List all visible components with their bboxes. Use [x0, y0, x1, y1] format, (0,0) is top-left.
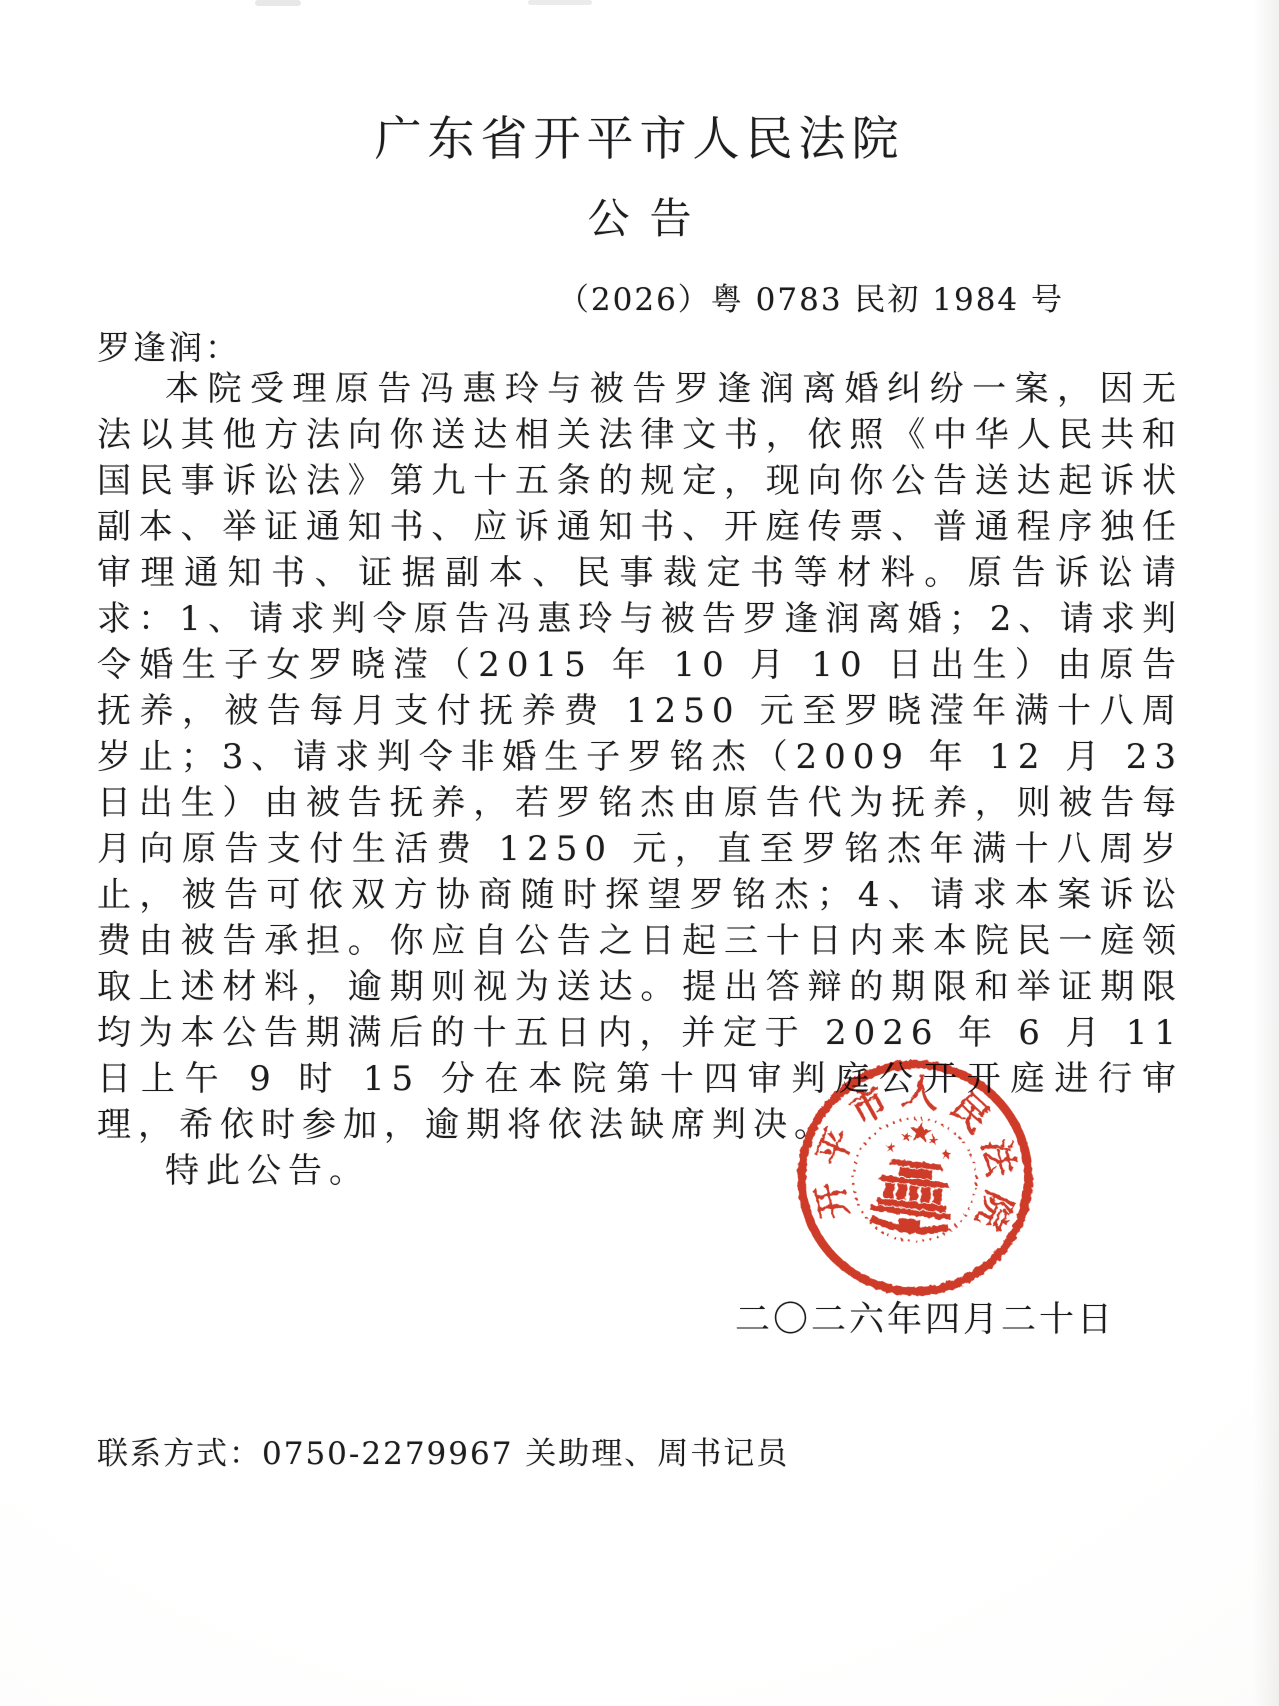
notice-document: 广东省开平市人民法院 公告 （2026）粤 0783 民初 1984 号 罗逢润… — [0, 0, 1279, 1706]
official-seal: 开平市人民法院 ★ ★ ★ ★ ★ — [777, 1032, 1053, 1324]
star-icon: ★ — [900, 1129, 914, 1145]
star-icon: ★ — [939, 1147, 953, 1163]
court-seal-graphic: 开平市人民法院 ★ ★ ★ ★ ★ — [777, 1032, 1053, 1324]
notice-body: 本院受理原告冯惠玲与被告罗逢润离婚纠纷一案，因无法以其他方法向你送达相关法律文书… — [97, 366, 1183, 1148]
seal-arc-text: 开平市人民法院 — [800, 1059, 1036, 1248]
case-number: （2026）粤 0783 民初 1984 号 — [0, 274, 1279, 319]
scan-artifact — [528, 0, 592, 5]
document-type: 公告 — [0, 186, 1279, 246]
scan-artifact — [255, 0, 301, 6]
recipient-name: 罗逢润： — [97, 322, 241, 369]
tiananmen-silhouette — [870, 1157, 957, 1220]
star-icon: ★ — [884, 1140, 898, 1156]
contact-info: 联系方式：0750-2279967 关助理、周书记员 — [97, 1428, 789, 1473]
court-name: 广东省开平市人民法院 — [0, 102, 1279, 169]
star-icon: ★ — [926, 1133, 940, 1149]
